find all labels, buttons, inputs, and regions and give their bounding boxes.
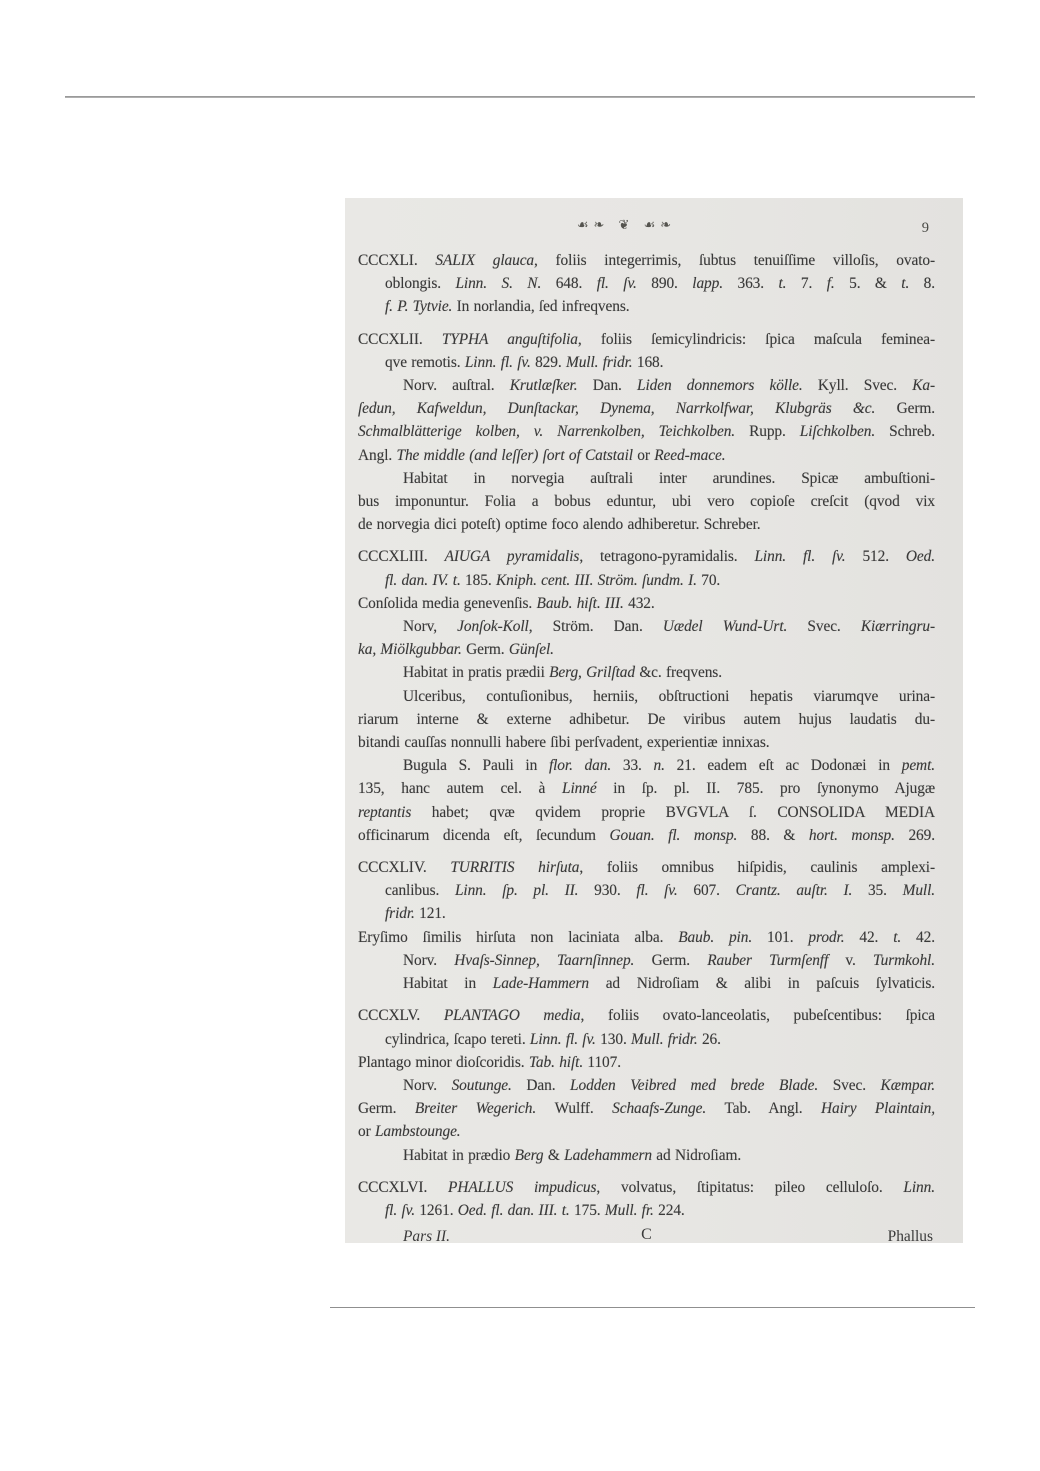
text-line: Habitat in Lade-Hammern ad Nidroſiam & a… bbox=[358, 972, 935, 995]
text-line: Habitat in prædio Berg & Ladehammern ad … bbox=[358, 1144, 935, 1167]
text-line: Norv, Jonſok-Koll, Ström. Dan. Uædel Wun… bbox=[358, 615, 935, 638]
entry-cccxli-salix-glauca: CCCXLI. SALIX glauca, foliis integerrimi… bbox=[358, 249, 935, 319]
text-line: canlibus. Linn. ſp. pl. II. 930. fl. ſv.… bbox=[358, 879, 935, 902]
text-line: Habitat in norvegia auſtrali inter arund… bbox=[358, 467, 935, 490]
text-line: officinarum dicenda eſt, ſecundum Gouan.… bbox=[358, 824, 935, 847]
text-line: riarum interne & externe adhibetur. De v… bbox=[358, 708, 935, 731]
text-line: Conſolida media genevenſis. Baub. hiſt. … bbox=[358, 592, 935, 615]
text-line: oblongis. Linn. S. N. 648. fl. ſv. 890. … bbox=[358, 272, 935, 295]
text-line: ka, Miölkgubbar. Germ. Günſel. bbox=[358, 638, 935, 661]
text-line: Habitat in pratis prædii Berg, Grilſtad … bbox=[358, 661, 935, 684]
text-line: f. P. Tytvie. In norlandia, ſed infreqve… bbox=[358, 295, 935, 318]
text-line: CCCXLVI. PHALLUS impudicus, volvatus, ſt… bbox=[358, 1176, 935, 1199]
top-horizontal-rule bbox=[65, 96, 975, 98]
text-line: Ulceribus, contuſionibus, herniis, obſtr… bbox=[358, 685, 935, 708]
text-line: CCCXLI. SALIX glauca, foliis integerrimi… bbox=[358, 249, 935, 272]
scanned-book-page: ☙❧ ❦ ☙❧ 9 CCCXLI. SALIX glauca, foliis i… bbox=[345, 198, 963, 1243]
entry-cccxliii-aiuga-pyramidalis: CCCXLIII. AIUGA pyramidalis, tetragono-p… bbox=[358, 545, 935, 847]
entry-cccxlvi-phallus-impudicus: CCCXLVI. PHALLUS impudicus, volvatus, ſt… bbox=[358, 1176, 935, 1222]
text-line: CCCXLII. TYPHA anguſtifolia, foliis ſemi… bbox=[358, 328, 935, 351]
entry-cccxlv-plantago-media: CCCXLV. PLANTAGO media, foliis ovato-lan… bbox=[358, 1004, 935, 1166]
catchword: Phallus bbox=[888, 1225, 933, 1243]
text-line: or Lambstounge. bbox=[358, 1120, 935, 1143]
text-line: Norv. auſtral. Krutlæſker. Dan. Liden do… bbox=[358, 374, 935, 397]
text-line: Plantago minor dioſcoridis. Tab. hiſt. 1… bbox=[358, 1051, 935, 1074]
bottom-horizontal-rule bbox=[330, 1307, 975, 1308]
text-line: Bugula S. Pauli in flor. dan. 33. n. 21.… bbox=[358, 754, 935, 777]
text-line: fl. dan. IV. t. 185. Kniph. cent. III. S… bbox=[358, 569, 935, 592]
text-line: 135, hanc autem cel. à Linné in ſp. pl. … bbox=[358, 777, 935, 800]
text-line: Norv. Hvaſs-Sinnep, Taarnſinnep. Germ. R… bbox=[358, 949, 935, 972]
text-line: Eryſimo ſimilis hirſuta non laciniata al… bbox=[358, 926, 935, 949]
text-block: CCCXLI. SALIX glauca, foliis integerrimi… bbox=[358, 249, 935, 1222]
page-header: ☙❧ ❦ ☙❧ 9 bbox=[358, 214, 935, 246]
text-line: bus imponuntur. Folia a bobus eduntur, u… bbox=[358, 490, 935, 513]
text-line: CCCXLIV. TURRITIS hirſuta, foliis omnibu… bbox=[358, 856, 935, 879]
text-line: fridr. 121. bbox=[358, 902, 935, 925]
text-line: qve remotis. Linn. fl. ſv. 829. Mull. fr… bbox=[358, 351, 935, 374]
text-line: CCCXLIII. AIUGA pyramidalis, tetragono-p… bbox=[358, 545, 935, 568]
text-line: Angl. The middle (and leſſer) ſort of Ca… bbox=[358, 444, 935, 467]
entry-cccxliv-turritis-hirsuta: CCCXLIV. TURRITIS hirſuta, foliis omnibu… bbox=[358, 856, 935, 995]
page-footer: Pars II. C Phallus bbox=[358, 1225, 935, 1243]
entry-cccxlii-typha-angustifolia: CCCXLII. TYPHA anguſtifolia, foliis ſemi… bbox=[358, 328, 935, 537]
text-line: fl. ſv. 1261. Oed. fl. dan. III. t. 175.… bbox=[358, 1199, 935, 1222]
gathering-signature: C bbox=[358, 1223, 935, 1243]
page-number: 9 bbox=[922, 220, 929, 237]
text-line: ſedun, Kafweldun, Dunſtackar, Dynema, Na… bbox=[358, 397, 935, 420]
text-line: Norv. Soutunge. Dan. Lodden Veibred med … bbox=[358, 1074, 935, 1097]
text-line: bitandi cauſſas nonnulli habere ſibi per… bbox=[358, 731, 935, 754]
text-line: CCCXLV. PLANTAGO media, foliis ovato-lan… bbox=[358, 1004, 935, 1027]
text-line: cylindrica, ſcapo tereti. Linn. fl. ſv. … bbox=[358, 1028, 935, 1051]
text-line: reptantis habet; qvæ qvidem proprie BVGV… bbox=[358, 801, 935, 824]
floral-ornament-icon: ☙❧ ❦ ☙❧ bbox=[358, 218, 895, 233]
text-line: de norvegia dici poteſt) optime foco ale… bbox=[358, 513, 935, 536]
text-line: Germ. Breiter Wegerich. Wulff. Schaafs-Z… bbox=[358, 1097, 935, 1120]
text-line: Schmalblätterige kolben, v. Narrenkolben… bbox=[358, 420, 935, 443]
